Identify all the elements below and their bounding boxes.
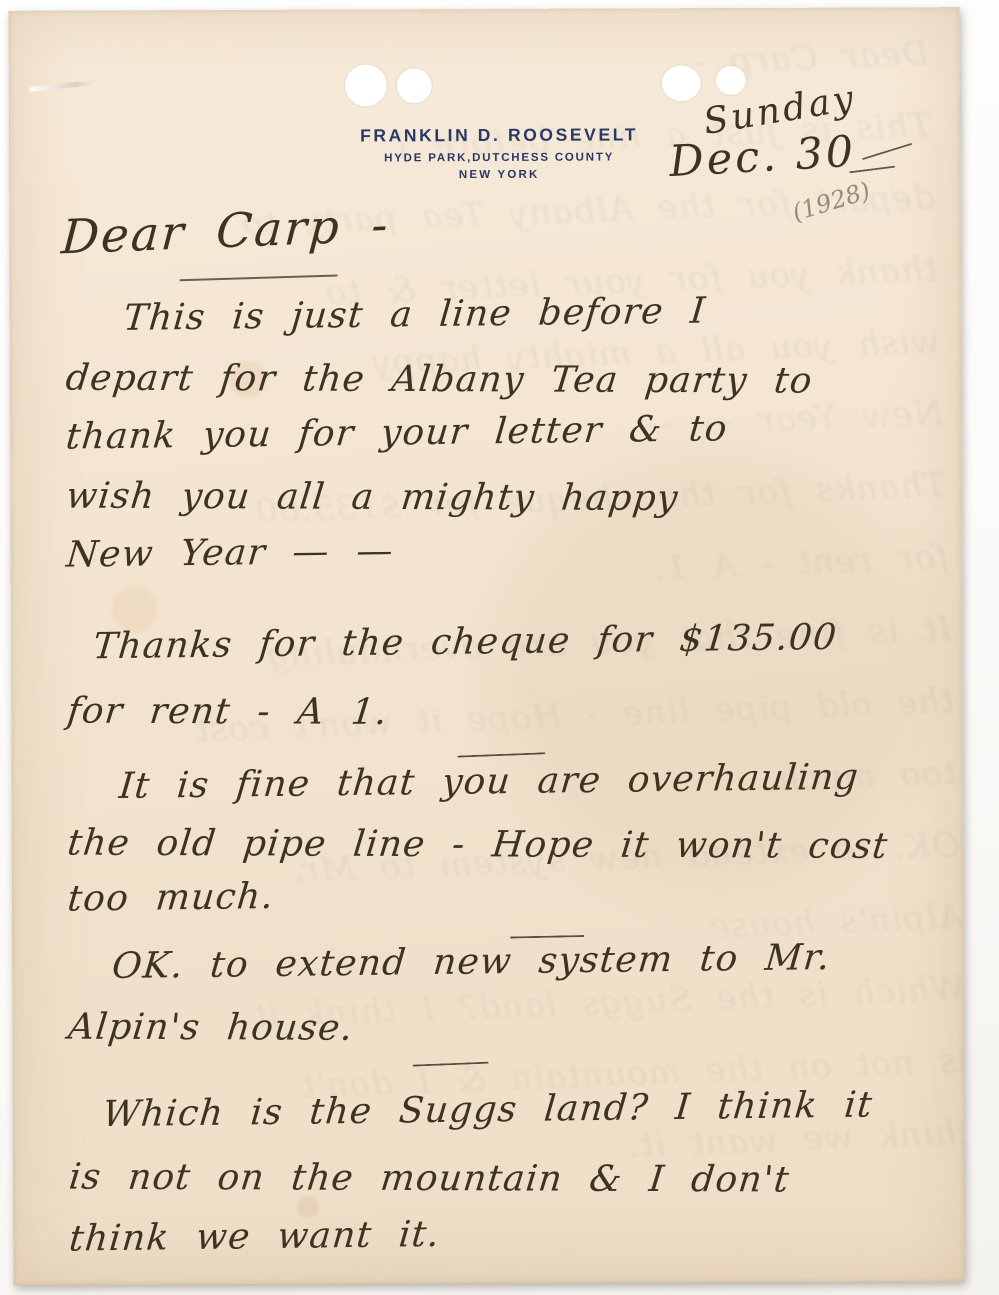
letter-paragraph: It is fine that you are overhaulingthe o…: [66, 763, 938, 934]
letter-paragraph: This is just a line before Idepart for t…: [65, 295, 937, 593]
handwritten-line: too much.: [64, 868, 941, 935]
punch-hole: [716, 66, 746, 95]
letter-paragraph: OK. to extend new system to Mr.Alpin's h…: [67, 943, 938, 1066]
handwritten-line: New Year — —: [63, 524, 940, 594]
letterhead-name: FRANKLIN D. ROOSEVELT: [259, 124, 739, 147]
letterhead-location: HYDE PARK,DUTCHESS COUNTY: [259, 151, 739, 165]
letterhead: FRANKLIN D. ROOSEVELT HYDE PARK,DUTCHESS…: [259, 124, 739, 182]
handwritten-line: for rent - A 1.: [63, 691, 940, 759]
punch-hole: [397, 68, 432, 103]
handwritten-line: This is just a line before I: [62, 288, 939, 358]
letter-paragraph: Which is the Suggs land? I think itis no…: [68, 1091, 940, 1280]
handwritten-line: Which is the Suggs land? I think it: [65, 1084, 942, 1157]
letter-paragraph: Thanks for the cheque for $135.00for ren…: [66, 623, 937, 754]
handwritten-line: It is fine that you are overhauling: [64, 756, 941, 823]
handwritten-line: OK. to extend new system to Mr.: [64, 936, 941, 1007]
scan-background: Dear Carp -This is just a line before Id…: [0, 0, 999, 1295]
handwritten-date: Dec. 30: [668, 127, 858, 187]
letter-body: This is just a line before Idepart for t…: [9, 7, 960, 11]
letterhead-state: NEW YORK: [259, 168, 739, 182]
punch-hole: [662, 65, 701, 101]
punch-hole: [345, 64, 387, 106]
handwritten-line: Alpin's house.: [64, 1007, 941, 1071]
handwritten-line: think we want it.: [65, 1208, 942, 1281]
handwritten-line: thank you for your letter & to: [62, 406, 939, 476]
handwritten-line: Thanks for the cheque for $135.00: [63, 616, 941, 691]
letter-paper: Dear Carp -This is just a line before Id…: [9, 7, 965, 1285]
